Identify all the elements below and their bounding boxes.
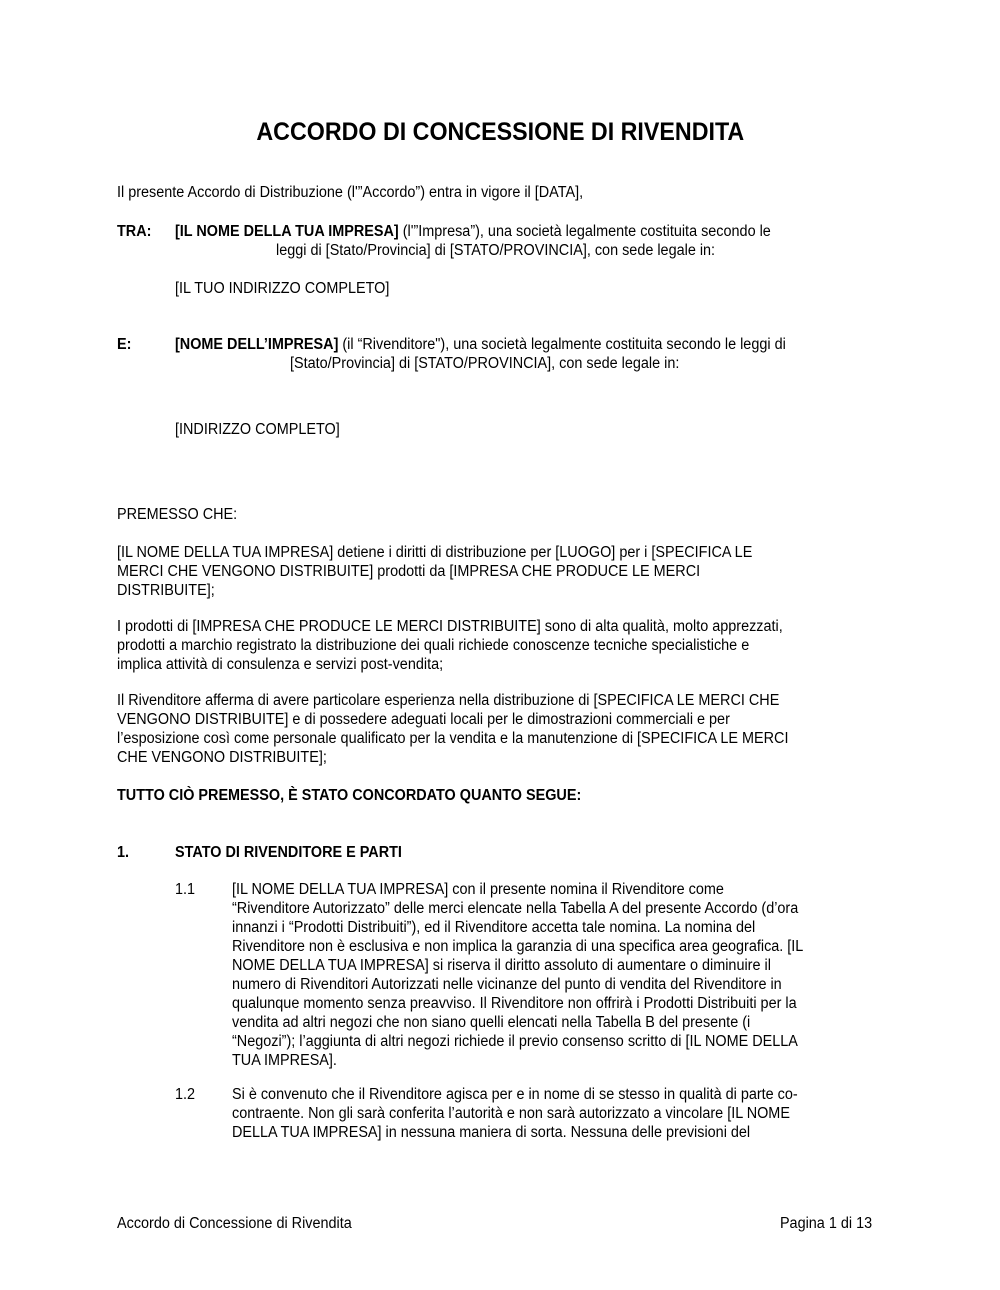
party1-line2: leggi di [Stato/Provincia] di [STATO/PRO… [276, 241, 715, 260]
agreement-heading: TUTTO CIÒ PREMESSO, È STATO CONCORDATO Q… [117, 786, 581, 805]
recitals-heading: PREMESSO CHE: [117, 505, 237, 524]
intro-paragraph: Il presente Accordo di Distribuzione (l'… [117, 183, 583, 202]
clause-1-2: Si è convenuto che il Rivenditore agisca… [232, 1085, 798, 1142]
party1-line1-rest: (l'”Impresa”), una società legalmente co… [399, 223, 771, 240]
party1-line1: [IL NOME DELLA TUA IMPRESA] (l'”Impresa”… [175, 222, 771, 241]
party2-line1: [NOME DELL’IMPRESA] (il “Rivenditore"), … [175, 335, 786, 354]
party2-name: [NOME DELL’IMPRESA] [175, 336, 338, 353]
recital-3: Il Rivenditore afferma di avere particol… [117, 691, 880, 767]
party1-address: [IL TUO INDIRIZZO COMPLETO] [175, 279, 389, 298]
party2-address: [INDIRIZZO COMPLETO] [175, 420, 340, 439]
footer-page-number: Pagina 1 di 13 [780, 1214, 872, 1233]
section1-heading: STATO DI RIVENDITORE E PARTI [175, 843, 402, 862]
footer-document-title: Accordo di Concessione di Rivendita [117, 1214, 352, 1233]
party1-name: [IL NOME DELLA TUA IMPRESA] [175, 223, 399, 240]
party2-line2: [Stato/Provincia] di [STATO/PROVINCIA], … [290, 354, 679, 373]
party2-line1-rest: (il “Rivenditore"), una società legalmen… [338, 336, 785, 353]
party1-label: TRA: [117, 222, 151, 241]
clause-1-1-number: 1.1 [175, 880, 195, 899]
document-page: ACCORDO DI CONCESSIONE DI RIVENDITA Il p… [0, 0, 1000, 1290]
section1-number: 1. [117, 843, 129, 862]
document-title: ACCORDO DI CONCESSIONE DI RIVENDITA [0, 117, 1000, 147]
clause-1-1: [IL NOME DELLA TUA IMPRESA] con il prese… [232, 880, 803, 1070]
clause-1-2-number: 1.2 [175, 1085, 195, 1104]
recital-1: [IL NOME DELLA TUA IMPRESA] detiene i di… [117, 543, 880, 600]
recital-2: I prodotti di [IMPRESA CHE PRODUCE LE ME… [117, 617, 880, 674]
party2-label: E: [117, 335, 131, 354]
